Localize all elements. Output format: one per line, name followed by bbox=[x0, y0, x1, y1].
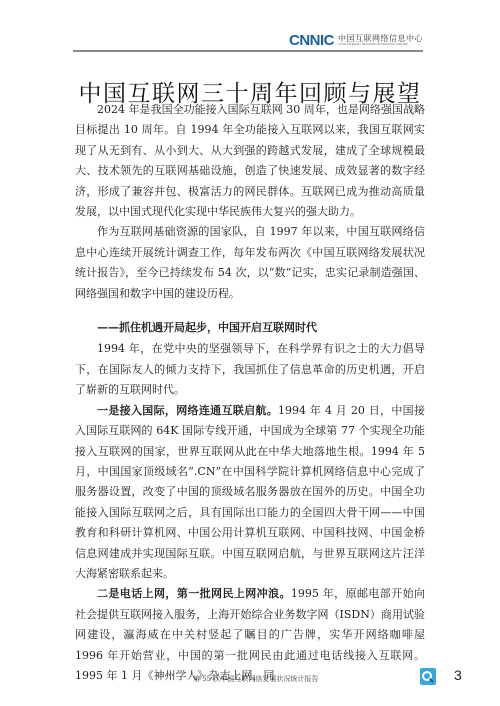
logo-text: 中国互联网络信息中心 CHINA INTERNET NETWORK INFORM… bbox=[338, 35, 423, 47]
paragraph-cnnic: 作为互联网基础资源的国家队，自 1997 年以来，中国互联网络信息中心连续开展统… bbox=[75, 222, 425, 304]
paragraph-text: 1995 年，原邮电部开始向社会提供互联网接入服务，上海开始综合业务数字网（IS… bbox=[75, 587, 425, 682]
paragraph-intro: 2024 年是我国全功能接入国际互联网 30 周年，也是网络强国战略目标提出 1… bbox=[75, 100, 425, 222]
document-body: 2024 年是我国全功能接入国际互联网 30 周年，也是网络强国战略目标提出 1… bbox=[75, 100, 425, 686]
paragraph-international-access: 一是接入国际，网络连通互联启航。1994 年 4 月 20 日，中国接入国际互联… bbox=[75, 401, 425, 585]
paragraph-text: 1994 年 4 月 20 日，中国接入国际互联网的 64K 国际专线开通，中国… bbox=[75, 404, 425, 580]
logo-mark: CNNIC bbox=[289, 33, 334, 49]
section-heading: ——抓住机遇开局起步，中国开启互联网时代 bbox=[75, 318, 425, 338]
cnnic-logo: CNNIC 中国互联网络信息中心 CHINA INTERNET NETWORK … bbox=[289, 33, 423, 49]
paragraph-lead: 一是接入国际，网络连通互联启航。 bbox=[97, 404, 278, 417]
paragraph-dialup: 二是电话上网，第一批网民上网冲浪。1995 年，原邮电部开始向社会提供互联网接入… bbox=[75, 584, 425, 686]
footer-report-name: 第 55 次中国互联网络发展状况统计报告 bbox=[193, 674, 318, 684]
header-divider bbox=[73, 50, 423, 52]
magnifier-report-icon bbox=[420, 668, 436, 685]
logo-english-name: CHINA INTERNET NETWORK INFORMATION CENTE… bbox=[338, 44, 423, 47]
logo-chinese-name: 中国互联网络信息中心 bbox=[338, 35, 423, 43]
paragraph-lead: 二是电话上网，第一批网民上网冲浪。 bbox=[97, 587, 291, 600]
paragraph-1994: 1994 年，在党中央的坚强领导下，在科学界有识之士的大力倡导下，在国际友人的倾… bbox=[75, 339, 425, 400]
page-number: 3 bbox=[454, 667, 462, 683]
